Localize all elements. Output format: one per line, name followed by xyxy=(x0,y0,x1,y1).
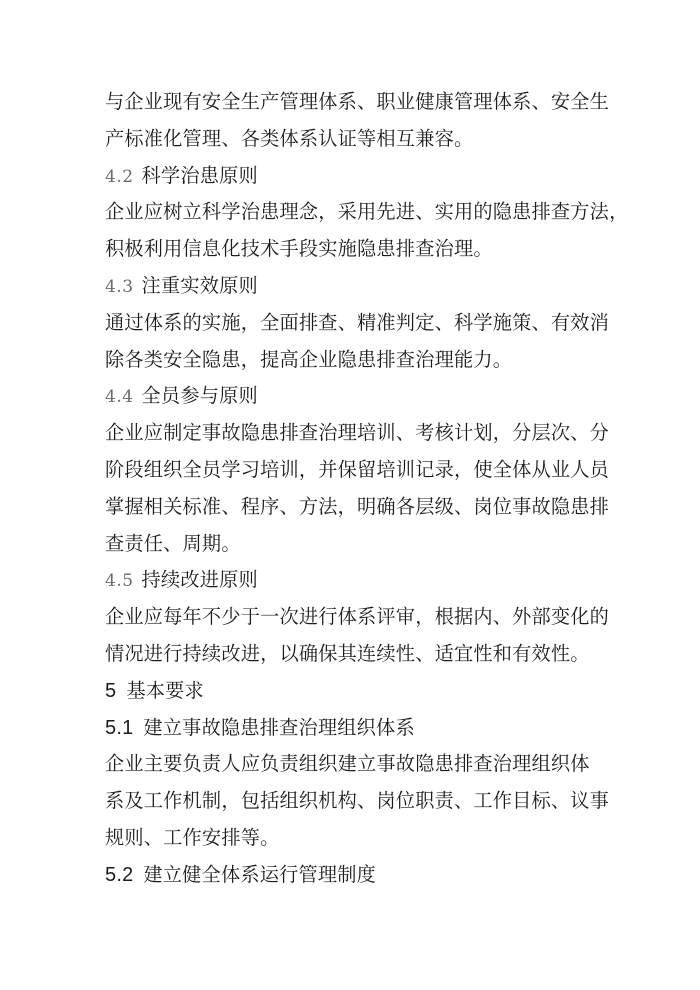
text-line: 企业应每年不少于一次进行体系评审，根据内、外部变化的 xyxy=(105,599,605,636)
section-heading-5-2: 5.2建立健全体系运行管理制度 xyxy=(105,857,605,894)
section-heading-4-2: 4.2科学治患原则 xyxy=(105,158,605,195)
text-line: 企业应制定事故隐患排查治理培训、考核计划，分层次、分 xyxy=(105,415,605,452)
section-heading-5-1: 5.1建立事故隐患排查治理组织体系 xyxy=(105,710,605,747)
section-heading-4-3: 4.3注重实效原则 xyxy=(105,268,605,305)
text-line: 产标准化管理、各类体系认证等相互兼容。 xyxy=(105,121,605,158)
text-line: 系及工作机制，包括组织机构、岗位职责、工作目标、议事 xyxy=(105,783,605,820)
section-number: 4.4 xyxy=(105,387,134,407)
section-number: 4.2 xyxy=(105,167,134,187)
text-line: 通过体系的实施，全面排查、精准判定、科学施策、有效消 xyxy=(105,305,605,342)
text-line: 积极利用信息化技术手段实施隐患排查治理。 xyxy=(105,231,605,268)
paragraph-4-2: 企业应树立科学治患理念，采用先进、实用的隐患排查方法， 积极利用信息化技术手段实… xyxy=(105,194,605,268)
text-line: 查责任、周期。 xyxy=(105,526,605,563)
text-line: 企业主要负责人应负责组织建立事故隐患排查治理组织体 xyxy=(105,746,605,783)
section-number: 5 xyxy=(105,680,116,702)
paragraph-compatibility: 与企业现有安全生产管理体系、职业健康管理体系、安全生 产标准化管理、各类体系认证… xyxy=(105,84,605,158)
text-line: 与企业现有安全生产管理体系、职业健康管理体系、安全生 xyxy=(105,84,605,121)
paragraph-5-1: 企业主要负责人应负责组织建立事故隐患排查治理组织体 系及工作机制，包括组织机构、… xyxy=(105,746,605,856)
section-title: 基本要求 xyxy=(126,679,204,702)
section-heading-5: 5基本要求 xyxy=(105,673,605,710)
section-heading-4-5: 4.5持续改进原则 xyxy=(105,562,605,599)
paragraph-4-3: 通过体系的实施，全面排查、精准判定、科学施策、有效消 除各类安全隐患，提高企业隐… xyxy=(105,305,605,379)
paragraph-4-4: 企业应制定事故隐患排查治理培训、考核计划，分层次、分 阶段组织全员学习培训，并保… xyxy=(105,415,605,562)
section-title: 全员参与原则 xyxy=(142,384,258,407)
section-title: 科学治患原则 xyxy=(142,164,258,187)
document-page: 与企业现有安全生产管理体系、职业健康管理体系、安全生 产标准化管理、各类体系认证… xyxy=(105,84,605,894)
section-number: 5.2 xyxy=(105,864,133,886)
text-line: 除各类安全隐患，提高企业隐患排查治理能力。 xyxy=(105,342,605,379)
section-title: 注重实效原则 xyxy=(142,274,258,297)
section-number: 4.5 xyxy=(105,571,134,591)
section-title: 持续改进原则 xyxy=(142,568,258,591)
text-line: 掌握相关标准、程序、方法，明确各层级、岗位事故隐患排 xyxy=(105,489,605,526)
text-line: 情况进行持续改进，以确保其连续性、适宜性和有效性。 xyxy=(105,636,605,673)
text-line: 阶段组织全员学习培训，并保留培训记录，使全体从业人员 xyxy=(105,452,605,489)
text-line: 企业应树立科学治患理念，采用先进、实用的隐患排查方法， xyxy=(105,194,605,231)
section-heading-4-4: 4.4全员参与原则 xyxy=(105,378,605,415)
section-title: 建立健全体系运行管理制度 xyxy=(143,863,376,886)
section-number: 5.1 xyxy=(105,717,133,739)
text-line: 规则、工作安排等。 xyxy=(105,820,605,857)
paragraph-4-5: 企业应每年不少于一次进行体系评审，根据内、外部变化的 情况进行持续改进，以确保其… xyxy=(105,599,605,673)
section-title: 建立事故隐患排查治理组织体系 xyxy=(143,716,414,739)
section-number: 4.3 xyxy=(105,277,134,297)
